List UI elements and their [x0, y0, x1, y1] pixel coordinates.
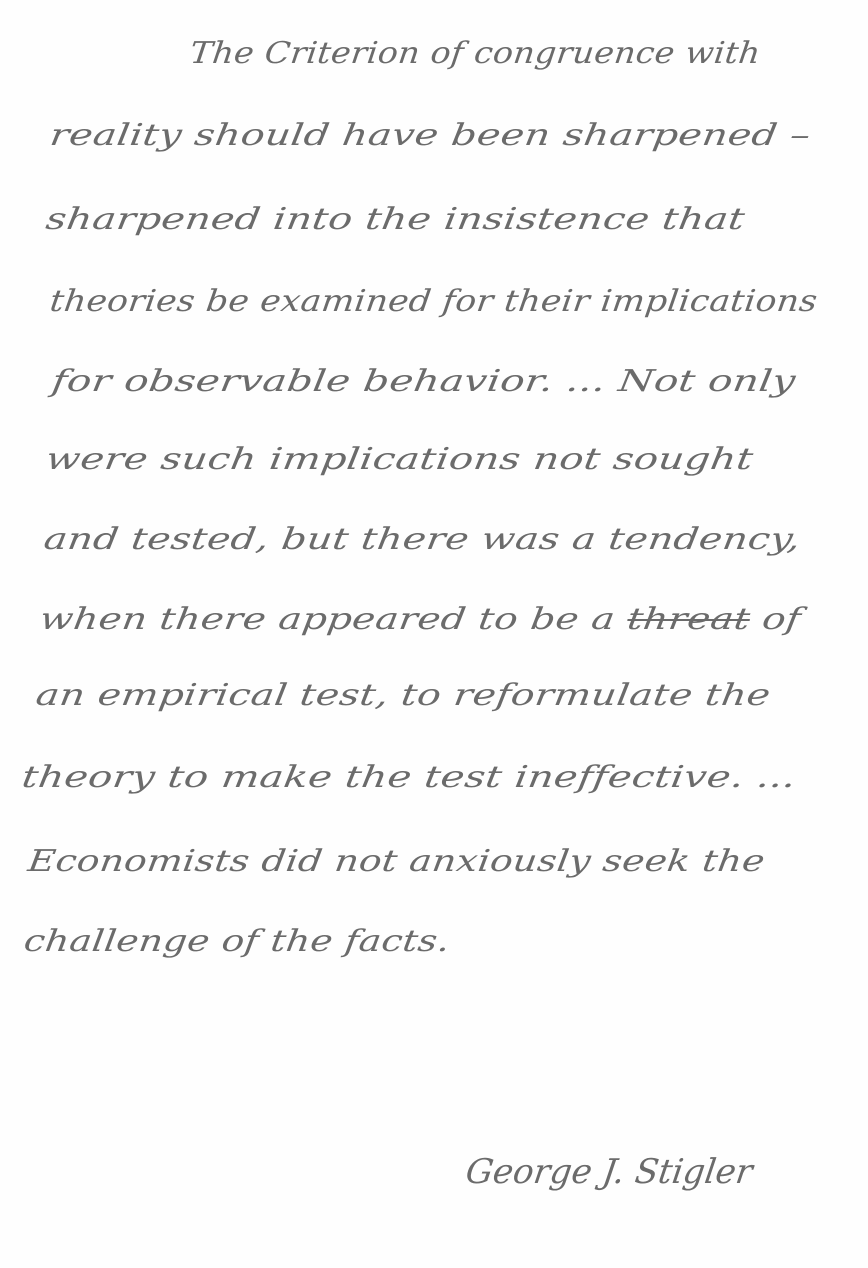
struck-through-word: threat: [625, 602, 752, 637]
note-line-1: The Criterion of congruence with: [188, 34, 763, 74]
note-line-8-before: when there appeared to be a: [38, 602, 630, 637]
note-line-11: Economists did not anxiously seek the: [25, 842, 767, 882]
note-line-3: sharpened into the insistence that: [43, 200, 747, 240]
note-line-10: theory to make the test ineffective. ...: [19, 758, 798, 798]
note-line-8: when there appeared to be a threat of: [37, 600, 803, 640]
note-line-5: for observable behavior. ... Not only: [49, 362, 798, 402]
note-line-6: were such implications not sought: [43, 440, 755, 480]
note-line-9: an empirical test, to reformulate the: [33, 676, 773, 716]
note-line-8-after: of: [747, 602, 803, 637]
note-line-4: theories be examined for their implicati…: [48, 282, 820, 322]
note-line-7: and tested, but there was a tendency,: [41, 520, 803, 560]
note-line-12: challenge of the facts.: [21, 922, 452, 962]
note-line-2: reality should have been sharpened –: [47, 116, 813, 156]
handwritten-page: The Criterion of congruence with reality…: [0, 0, 868, 1268]
signature: George J. Stigler: [463, 1150, 755, 1194]
